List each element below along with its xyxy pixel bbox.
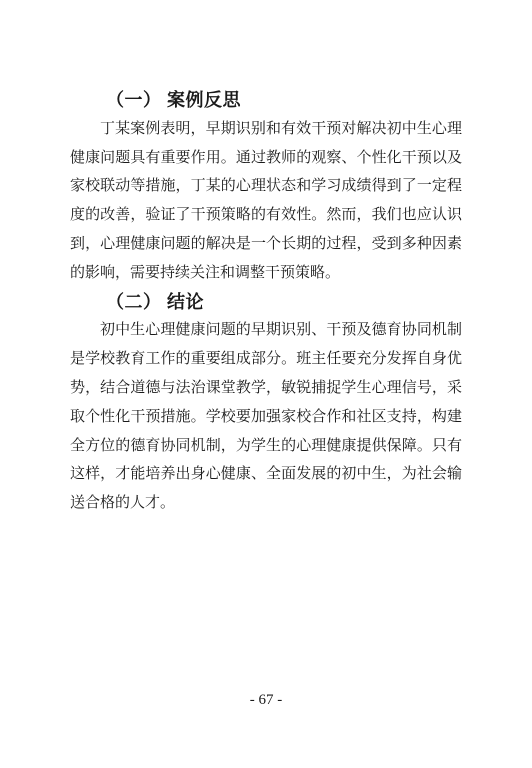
text-line: 初中生心理健康问题的早期识别、干预及德育协同机制 — [70, 316, 462, 345]
text-line: 度的改善，验证了干预策略的有效性。然而，我们也应认识 — [70, 201, 462, 230]
text-line: 全方位的德育协同机制，为学生的心理健康提供保障。只有 — [70, 432, 462, 461]
text-line: 健康问题具有重要作用。通过教师的观察、个性化干预以及 — [70, 144, 462, 173]
text-line: 势，结合道德与法治课堂教学，敏锐捕捉学生心理信号，采 — [70, 374, 462, 403]
section-heading-conclusion: （二） 结论 — [70, 288, 462, 317]
section-heading-case-reflection: （一） 案例反思 — [70, 86, 462, 115]
text-line: 丁某案例表明，早期识别和有效干预对解决初中生心理 — [70, 115, 462, 144]
text-line: 送合格的人才。 — [70, 489, 462, 518]
text-line: 是学校教育工作的重要组成部分。班主任要充分发挥自身优 — [70, 345, 462, 374]
text-line: 到，心理健康问题的解决是一个长期的过程，受到多种因素 — [70, 230, 462, 259]
document-body: （一） 案例反思 丁某案例表明，早期识别和有效干预对解决初中生心理 健康问题具有… — [70, 86, 462, 518]
text-line: 的影响，需要持续关注和调整干预策略。 — [70, 259, 462, 288]
document-page: （一） 案例反思 丁某案例表明，早期识别和有效干预对解决初中生心理 健康问题具有… — [0, 0, 532, 768]
text-line: 这样，才能培养出身心健康、全面发展的初中生，为社会输 — [70, 460, 462, 489]
page-number: - 67 - — [0, 692, 532, 709]
text-line: 取个性化干预措施。学校要加强家校合作和社区支持，构建 — [70, 403, 462, 432]
text-line: 家校联动等措施，丁某的心理状态和学习成绩得到了一定程 — [70, 172, 462, 201]
